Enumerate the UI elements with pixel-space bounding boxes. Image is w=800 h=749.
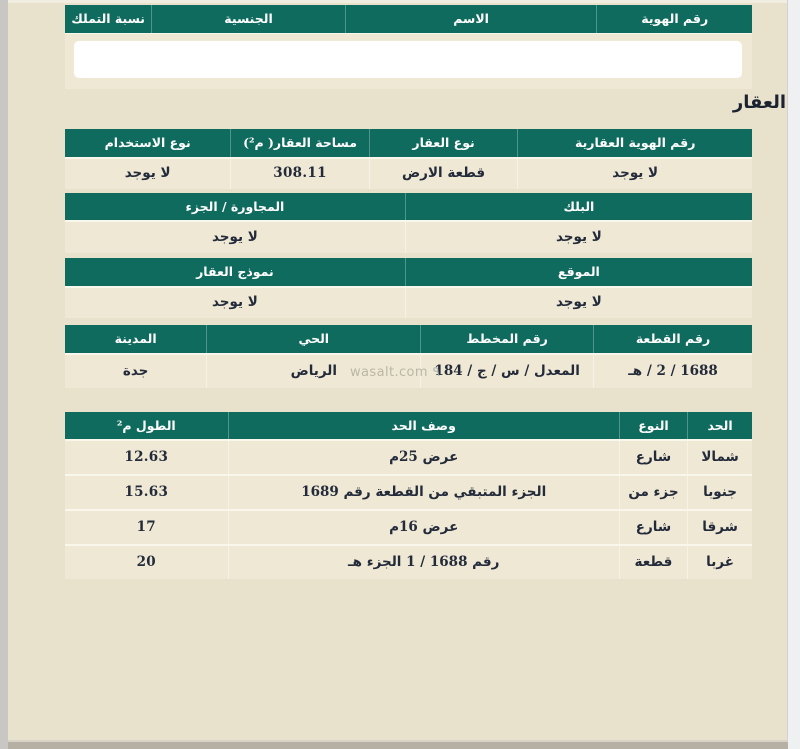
header-property-area: مساحة العقار( م²) xyxy=(230,129,368,157)
value-block: لا يوجد xyxy=(405,222,752,253)
redaction-box xyxy=(74,41,742,78)
boundary-description: عرض 25م xyxy=(228,441,619,474)
wasalt-logo-mark: ٩ xyxy=(433,364,441,380)
owners-table-row xyxy=(65,33,752,89)
value-usage-type: لا يوجد xyxy=(65,159,230,189)
header-boundary-type: النوع xyxy=(619,412,687,439)
header-city: المدينة xyxy=(65,325,206,353)
boundary-row-north: شمالا شارع عرض 25م 12.63 xyxy=(65,439,752,474)
location-row: لا يوجد لا يوجد xyxy=(65,286,752,318)
boundary-type: شارع xyxy=(619,511,687,544)
page-left-edge xyxy=(0,0,8,749)
location-table: الموقع نموذج العقار لا يوجد لا يوجد xyxy=(65,258,752,318)
boundary-name: شمالا xyxy=(687,441,752,474)
value-adjacent-part: لا يوجد xyxy=(65,222,405,253)
page-top-edge xyxy=(8,0,788,3)
boundary-row-south: جنوبا جزء من الجزء المتبقي من القطعة رقم… xyxy=(65,474,752,509)
page-right-edge xyxy=(787,0,800,749)
value-city: جدة xyxy=(65,355,206,388)
location-header: الموقع نموذج العقار xyxy=(65,258,752,286)
boundaries-table: الحد النوع وصف الحد الطول م² شمالا شارع … xyxy=(65,412,752,579)
section-gap xyxy=(65,89,752,129)
owners-header-ownership: نسبة التملك xyxy=(65,5,151,33)
header-property-model: نموذج العقار xyxy=(65,258,405,286)
owners-table-header: رقم الهوية الاسم الجنسية نسبة التملك xyxy=(65,5,752,33)
value-property-area: 308.11 xyxy=(230,159,368,189)
property-id-header: رقم الهوية العقارية نوع العقار مساحة الع… xyxy=(65,129,752,157)
property-id-table: رقم الهوية العقارية نوع العقار مساحة الع… xyxy=(65,129,752,189)
header-usage-type: نوع الاستخدام xyxy=(65,129,230,157)
boundary-row-east: شرقا شارع عرض 16م 17 xyxy=(65,509,752,544)
header-location: الموقع xyxy=(405,258,752,286)
header-plot-number: رقم القطعة xyxy=(593,325,752,353)
boundary-description: عرض 16م xyxy=(228,511,619,544)
boundary-length: 17 xyxy=(65,511,228,544)
boundary-description: الجزء المتبقي من القطعة رقم 1689 xyxy=(228,476,619,509)
boundary-type: شارع xyxy=(619,441,687,474)
boundary-length: 15.63 xyxy=(65,476,228,509)
property-id-row: لا يوجد قطعة الارض 308.11 لا يوجد xyxy=(65,157,752,189)
header-property-type: نوع العقار xyxy=(369,129,518,157)
boundary-name: شرقا xyxy=(687,511,752,544)
owners-header-nationality: الجنسية xyxy=(151,5,344,33)
deed-document: { "section_title": "العقار", "watermark"… xyxy=(0,0,800,749)
value-property-model: لا يوجد xyxy=(65,288,405,318)
header-plan-number: رقم المخطط xyxy=(420,325,593,353)
boundary-row-west: غربا قطعة رقم 1688 / 1 الجزء هـ 20 xyxy=(65,544,752,579)
value-plan-number: المعدل / س / ج / 184 xyxy=(420,355,593,388)
block-header: البلك المجاورة / الجزء xyxy=(65,193,752,220)
plot-header: رقم القطعة رقم المخطط الحي المدينة xyxy=(65,325,752,353)
page-bottom-edge xyxy=(8,740,788,749)
header-adjacent-part: المجاورة / الجزء xyxy=(65,193,405,220)
document-content: رقم الهوية الاسم الجنسية نسبة التملك رقم… xyxy=(65,5,752,579)
owners-header-id: رقم الهوية xyxy=(596,5,752,33)
watermark-text: wasalt.com xyxy=(350,365,428,380)
header-boundary-description: وصف الحد xyxy=(228,412,619,439)
boundary-length: 12.63 xyxy=(65,441,228,474)
header-boundary-length: الطول م² xyxy=(65,412,228,439)
section-gap xyxy=(65,388,752,412)
value-property-type: قطعة الارض xyxy=(369,159,518,189)
header-property-id: رقم الهوية العقارية xyxy=(517,129,752,157)
value-property-id: لا يوجد xyxy=(517,159,752,189)
value-plot-number: 1688 / 2 / هـ xyxy=(593,355,752,388)
block-row: لا يوجد لا يوجد xyxy=(65,220,752,253)
owners-header-name: الاسم xyxy=(345,5,597,33)
owners-table: رقم الهوية الاسم الجنسية نسبة التملك xyxy=(65,5,752,89)
watermark: wasalt.com ٩ xyxy=(350,364,440,380)
boundary-length: 20 xyxy=(65,546,228,579)
boundary-name: جنوبا xyxy=(687,476,752,509)
block-table: البلك المجاورة / الجزء لا يوجد لا يوجد xyxy=(65,193,752,253)
boundary-type: جزء من xyxy=(619,476,687,509)
value-location: لا يوجد xyxy=(405,288,752,318)
boundary-type: قطعة xyxy=(619,546,687,579)
header-boundary: الحد xyxy=(687,412,752,439)
boundary-description: رقم 1688 / 1 الجزء هـ xyxy=(228,546,619,579)
header-district: الحي xyxy=(206,325,420,353)
boundaries-header: الحد النوع وصف الحد الطول م² xyxy=(65,412,752,439)
boundary-name: غربا xyxy=(687,546,752,579)
header-block: البلك xyxy=(405,193,752,220)
property-section-title: العقار xyxy=(733,92,786,113)
